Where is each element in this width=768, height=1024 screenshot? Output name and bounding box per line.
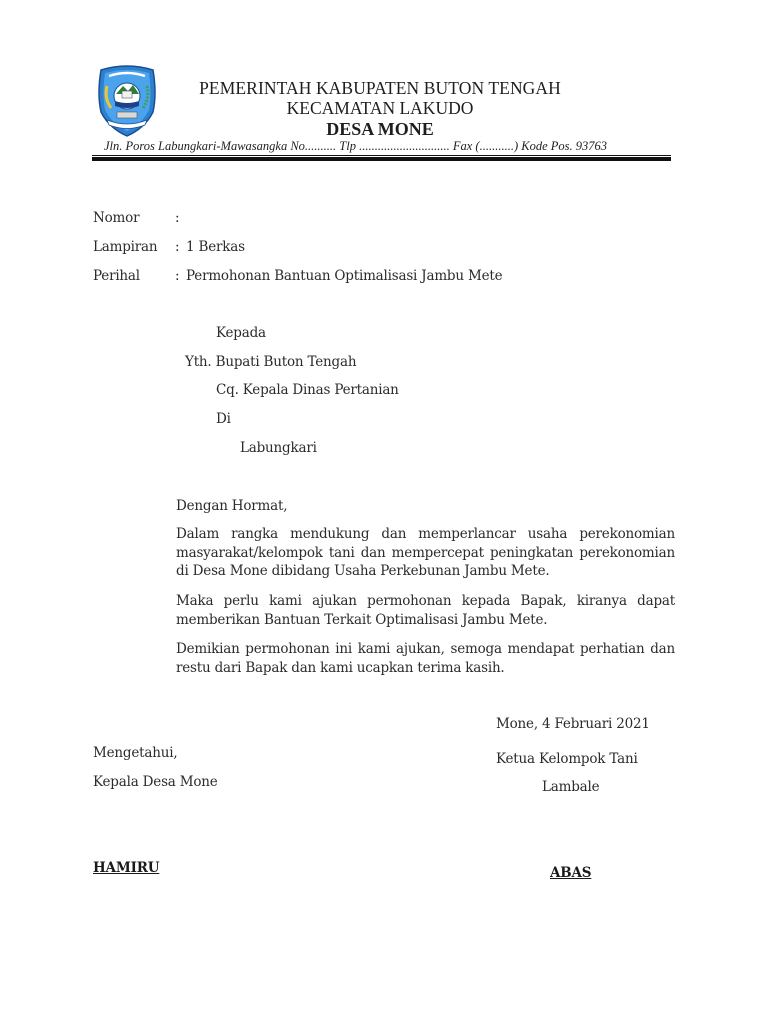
- left-signatory-name: HAMIRU: [93, 860, 159, 876]
- right-signatory-title: Ketua Kelompok Tani: [496, 751, 638, 767]
- greeting: Dengan Hormat,: [176, 498, 287, 514]
- letterhead-divider-thick: [92, 157, 671, 161]
- recipient-di: Di: [216, 411, 231, 427]
- meta-colon: :: [175, 268, 179, 284]
- letterhead-village: DESA MONE: [170, 119, 590, 140]
- recipient-place: Labungkari: [240, 440, 317, 456]
- meta-colon: :: [175, 210, 179, 226]
- meta-value-lampiran: 1 Berkas: [186, 239, 245, 255]
- recipient-cq: Cq. Kepala Dinas Pertanian: [216, 382, 399, 398]
- recipient-addressee: Yth. Bupati Buton Tengah: [185, 354, 356, 370]
- right-signatory-group: Lambale: [542, 779, 599, 795]
- meta-label-nomor: Nomor: [93, 210, 139, 226]
- meta-value-perihal: Permohonan Bantuan Optimalisasi Jambu Me…: [186, 268, 502, 284]
- letterhead-divider-thin: [92, 155, 671, 156]
- meta-label-lampiran: Lampiran: [93, 239, 157, 255]
- body-paragraph-1: Dalam rangka mendukung dan memperlancar …: [176, 525, 675, 581]
- letter-page: PEMERINTAH KABUPATEN BUTON TENGAH KECAMA…: [0, 0, 768, 1024]
- regency-emblem-icon: [95, 64, 159, 138]
- recipient-kepada: Kepada: [216, 325, 266, 341]
- letterhead-address: Jln. Poros Labungkari-Mawasangka No.....…: [104, 139, 607, 154]
- left-signatory-title: Kepala Desa Mone: [93, 774, 218, 790]
- body-paragraph-3: Demikian permohonan ini kami ajukan, sem…: [176, 640, 675, 677]
- meta-label-perihal: Perihal: [93, 268, 140, 284]
- letterhead-government: PEMERINTAH KABUPATEN BUTON TENGAH: [170, 78, 590, 99]
- meta-colon: :: [175, 239, 179, 255]
- right-signatory-name: ABAS: [550, 865, 591, 881]
- body-paragraph-2: Maka perlu kami ajukan permohonan kepada…: [176, 592, 675, 629]
- acknowledge-label: Mengetahui,: [93, 745, 177, 761]
- place-date: Mone, 4 Februari 2021: [496, 716, 650, 732]
- letterhead-district: KECAMATAN LAKUDO: [170, 98, 590, 119]
